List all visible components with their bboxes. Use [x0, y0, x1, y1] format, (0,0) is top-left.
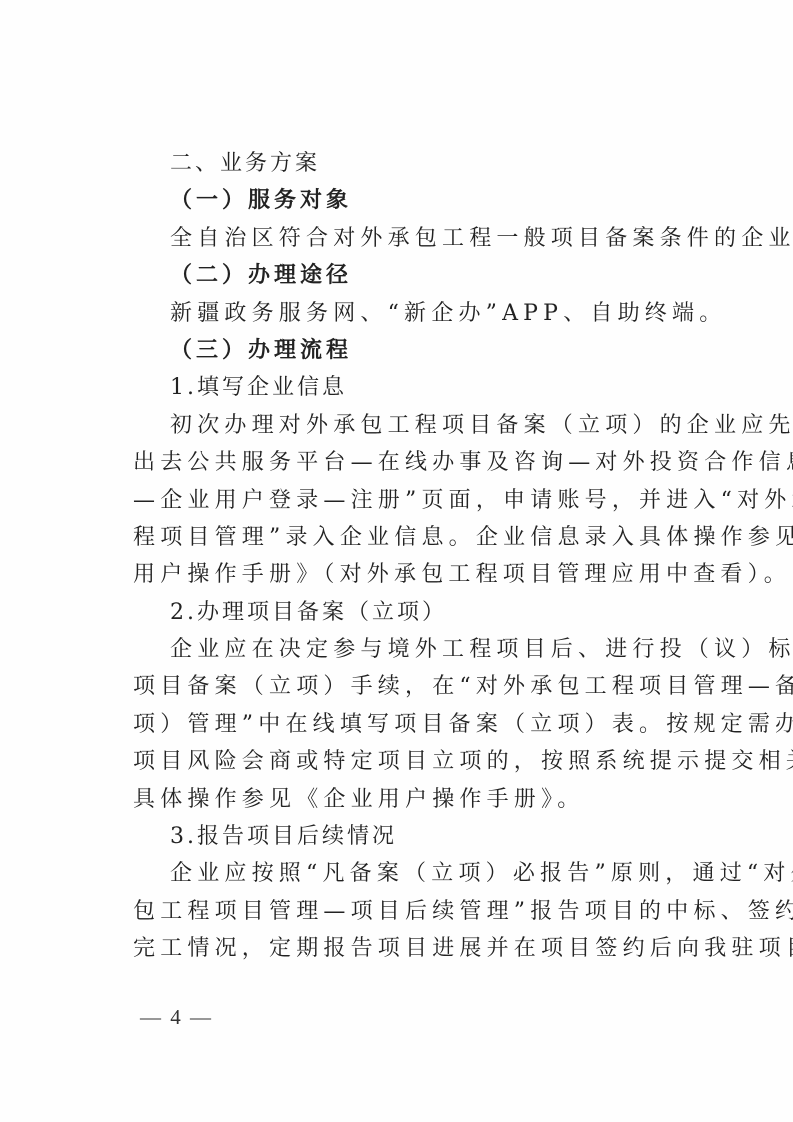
step-3-line: 完工情况，定期报告项目进展并在项目签约后向我驻项目所在国	[133, 930, 723, 967]
step-3-line: 包工程项目管理—项目后续管理”报告项目的中标、签约、开工、	[133, 893, 723, 930]
subsection-heading-service-target: （一）服务对象	[133, 182, 723, 219]
step-title-1: 1.填写企业信息	[133, 369, 723, 406]
step-1-line: 程项目管理”录入企业信息。企业信息录入具体操作参见《企业	[133, 519, 723, 556]
paragraph-service-target: 全自治区符合对外承包工程一般项目备案条件的企业。	[133, 220, 723, 257]
step-1-line: —企业用户登录—注册”页面，申请账号，并进入“对外承包工	[133, 482, 723, 519]
step-1-line: 用户操作手册》（对外承包工程项目管理应用中查看）。	[133, 556, 723, 593]
section-title: 二、业务方案	[133, 145, 723, 182]
step-title-3: 3.报告项目后续情况	[133, 818, 723, 855]
step-1-line: 出去公共服务平台—在线办事及咨询—对外投资合作信息服务	[133, 444, 723, 481]
step-2-line: 项目风险会商或特定项目立项的，按照系统提示提交相关材料。	[133, 743, 723, 780]
page-number: — 4 —	[140, 1005, 213, 1030]
paragraph-channels: 新疆政务服务网、“新企办”APP、自助终端。	[133, 295, 723, 332]
subsection-heading-channels: （二）办理途径	[133, 257, 723, 294]
document-body: 二、业务方案 （一）服务对象 全自治区符合对外承包工程一般项目备案条件的企业。 …	[133, 145, 723, 968]
step-2-line: 项）管理”中在线填写项目备案（立项）表。按规定需办理重大	[133, 706, 723, 743]
step-1-line: 初次办理对外承包工程项目备案（立项）的企业应先在“走	[133, 407, 723, 444]
step-2-line: 具体操作参见《企业用户操作手册》。	[133, 781, 723, 818]
document-page: 二、业务方案 （一）服务对象 全自治区符合对外承包工程一般项目备案条件的企业。 …	[0, 0, 793, 1122]
step-title-2: 2.办理项目备案（立项）	[133, 594, 723, 631]
step-3-line: 企业应按照“凡备案（立项）必报告”原则，通过“对外承	[133, 855, 723, 892]
step-2-line: 企业应在决定参与境外工程项目后、进行投（议）标前办理	[133, 631, 723, 668]
subsection-heading-process: （三）办理流程	[133, 332, 723, 369]
step-2-line: 项目备案（立项）手续，在“对外承包工程项目管理—备案（立	[133, 668, 723, 705]
